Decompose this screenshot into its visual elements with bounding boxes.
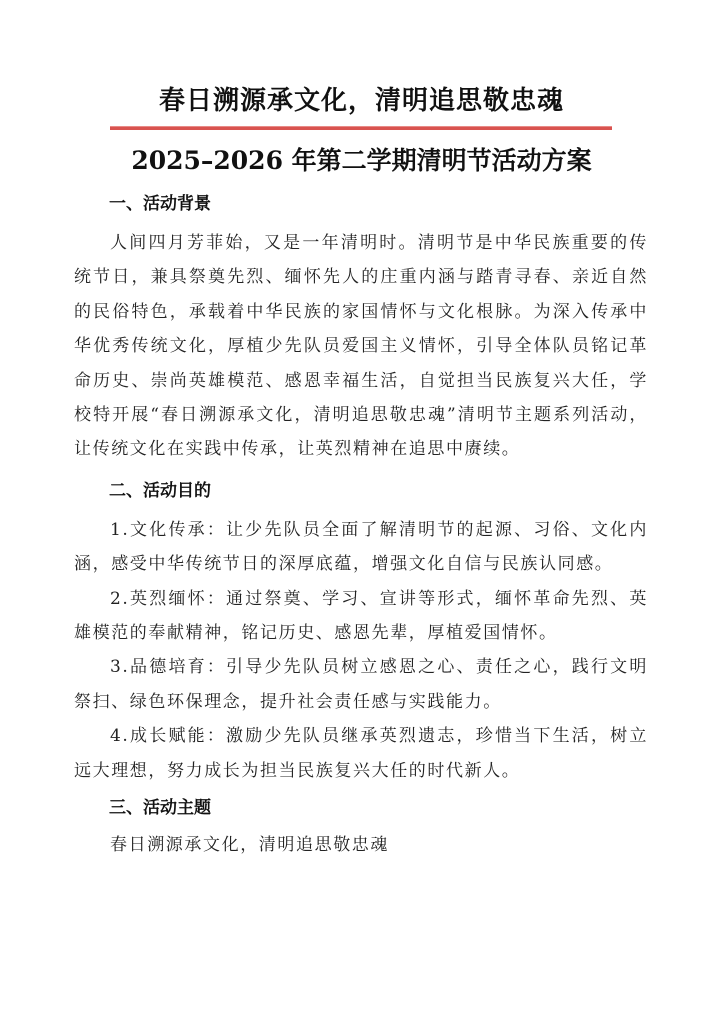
document-subtitle: 2025–2026 年第二学期清明节活动方案 <box>0 141 723 177</box>
purpose-item-4: 4.成长赋能：激励少先队员继承英烈遗志，珍惜当下生活，树立远大理想，努力成长为担… <box>74 719 648 788</box>
purpose-item-3: 3.品德培育：引导少先队员树立感恩之心、责任之心，践行文明祭扫、绿色环保理念，提… <box>74 650 648 719</box>
section-heading-background: 一、活动背景 <box>74 194 648 214</box>
purpose-item-2: 2.英烈缅怀：通过祭奠、学习、宣讲等形式，缅怀革命先烈、英雄模范的奉献精神，铭记… <box>74 582 648 651</box>
document-body: 一、活动背景 人间四月芳菲始，又是一年清明时。清明节是中华民族重要的传统节日，兼… <box>74 188 648 860</box>
theme-text: 春日溯源承文化，清明追思敬忠魂 <box>74 830 648 860</box>
section-heading-purpose: 二、活动目的 <box>74 481 648 501</box>
section-heading-theme: 三、活动主题 <box>74 798 648 818</box>
red-divider-line <box>110 126 612 130</box>
document-title: 春日溯源承文化，清明追思敬忠魂 <box>0 80 723 117</box>
purpose-item-1: 1.文化传承：让少先队员全面了解清明节的起源、习俗、文化内涵，感受中华传统节日的… <box>74 513 648 582</box>
background-paragraph: 人间四月芳菲始，又是一年清明时。清明节是中华民族重要的传统节日，兼具祭奠先烈、缅… <box>74 226 648 467</box>
document-page: 春日溯源承文化，清明追思敬忠魂 2025–2026 年第二学期清明节活动方案 一… <box>0 0 723 1024</box>
